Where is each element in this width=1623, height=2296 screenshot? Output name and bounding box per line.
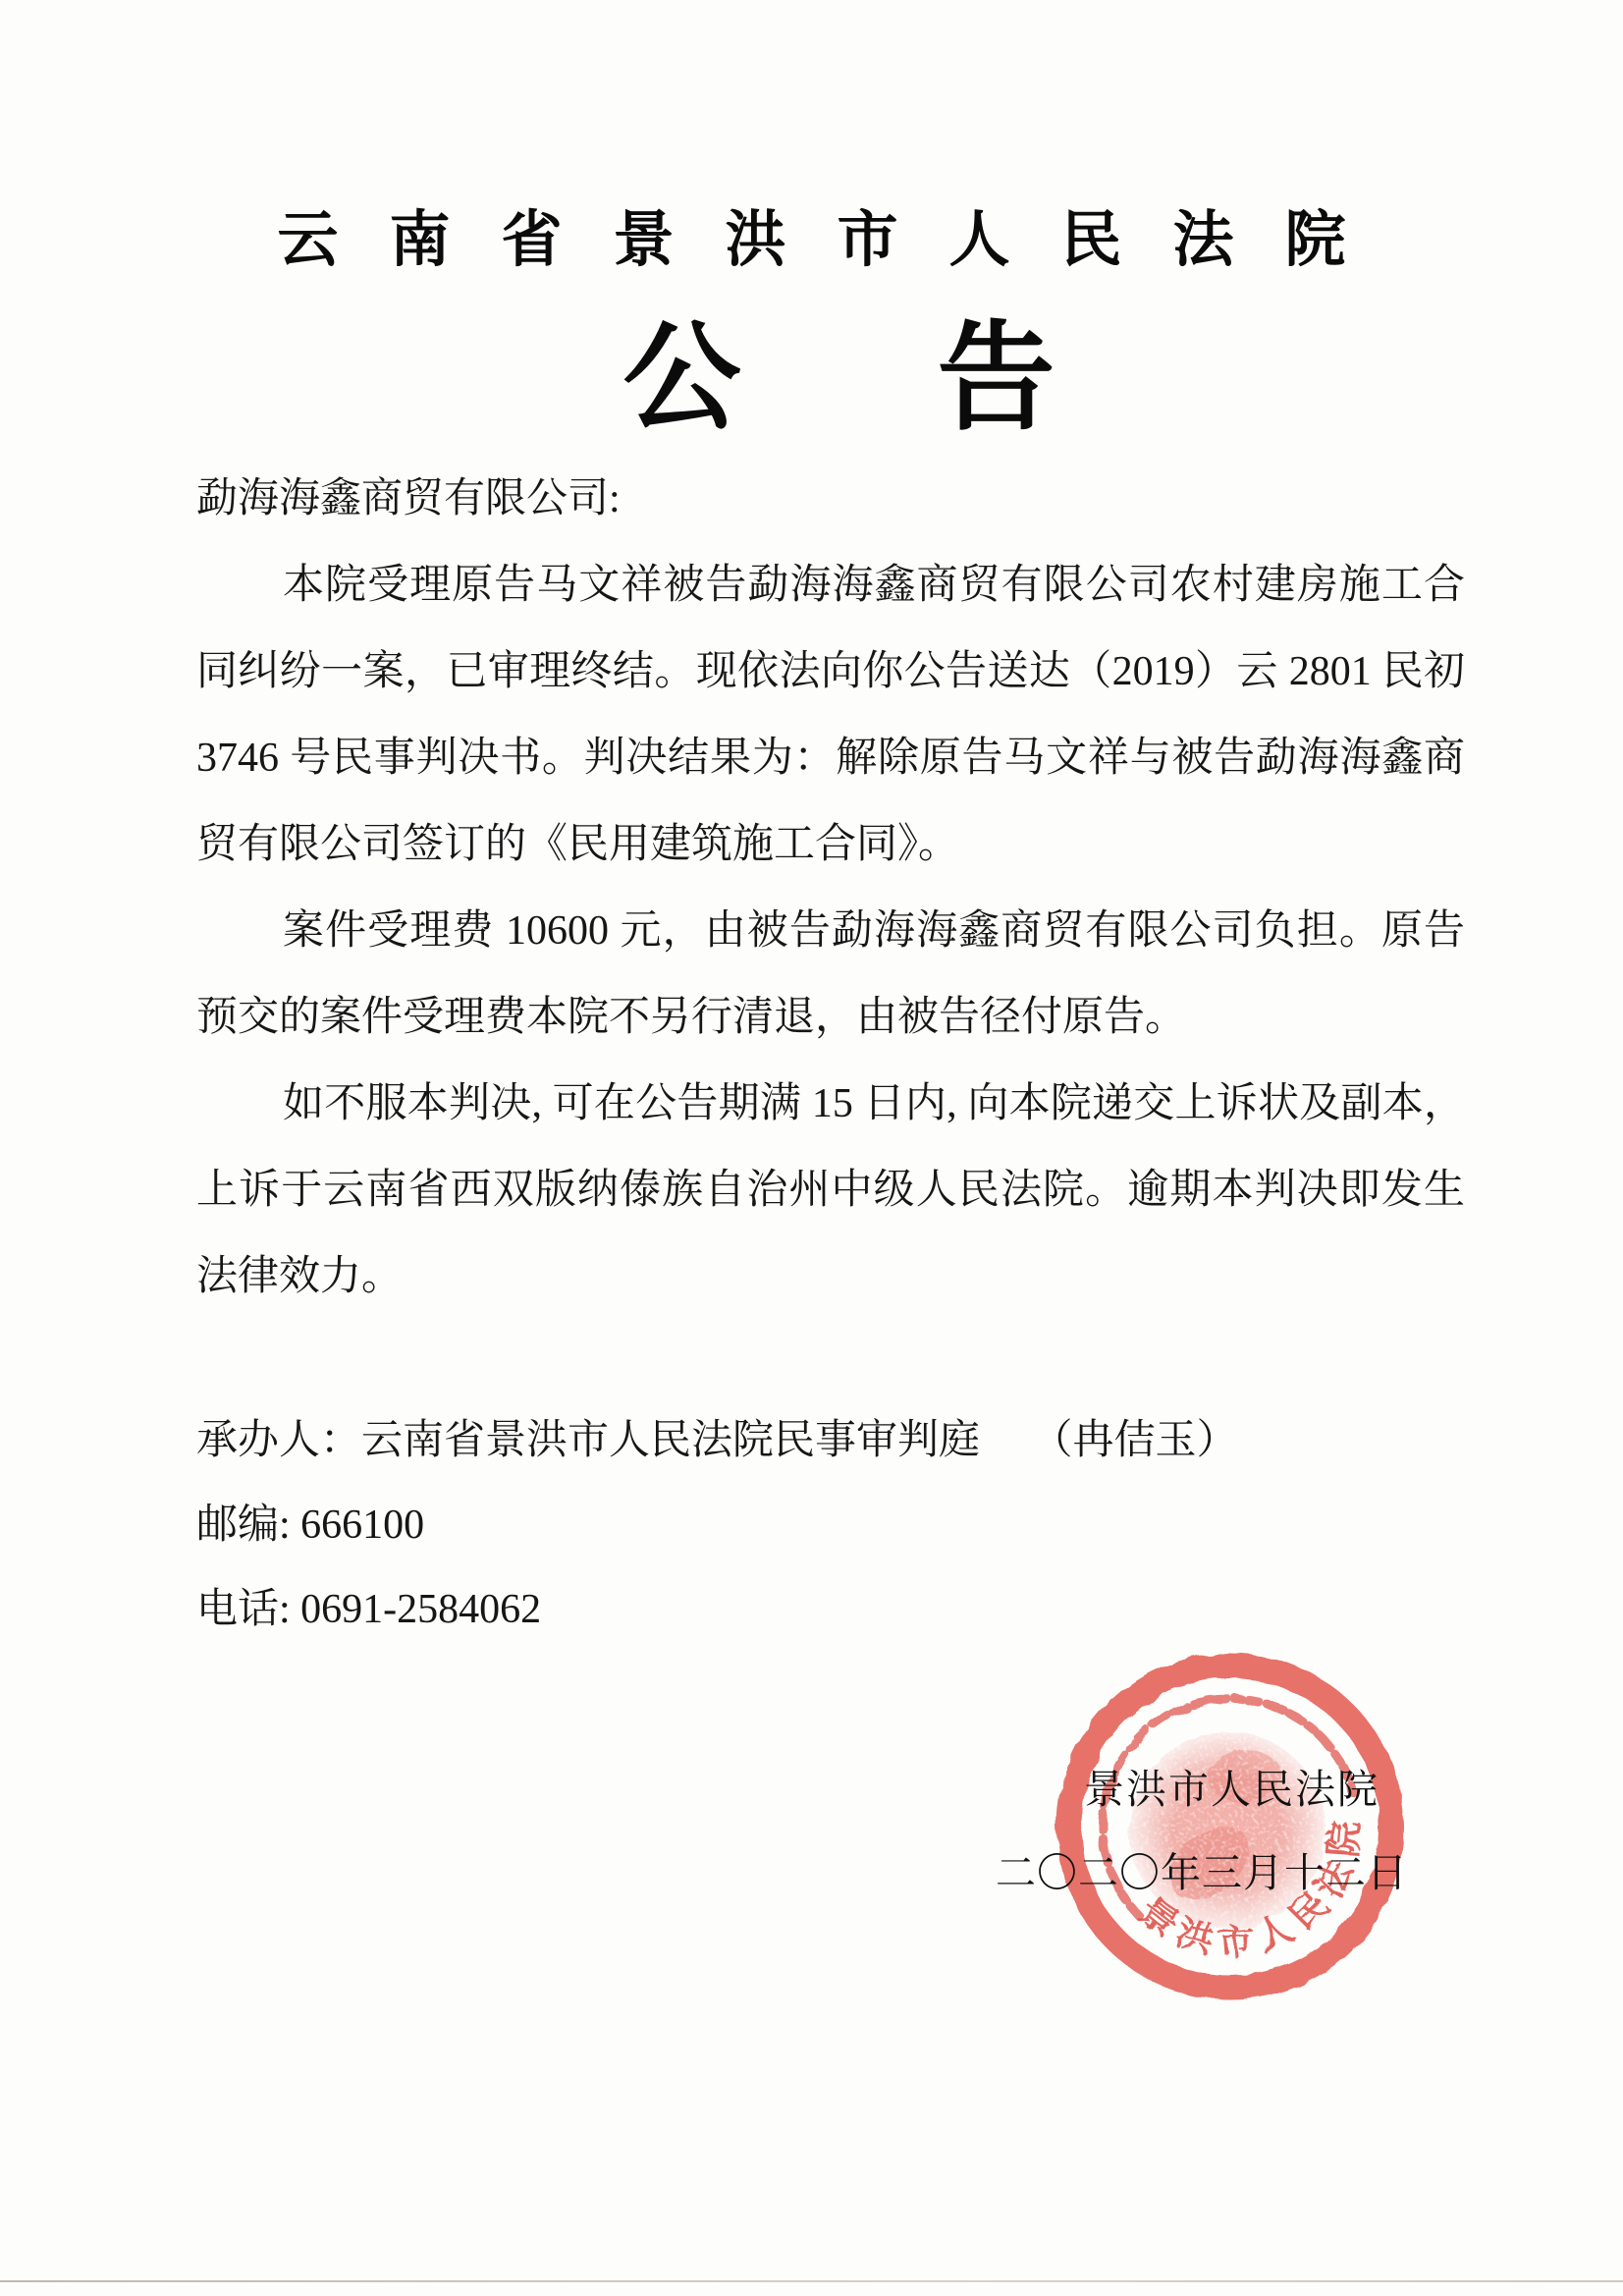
doc-title-char-2: 告 <box>938 320 1055 438</box>
body-line: 同纠纷一案，已审理终结。现依法向你公告送达（2019）云 2801 民初 <box>196 629 1465 715</box>
body-line: 法律效力。 <box>196 1233 1465 1320</box>
official-red-seal: 景洪市人民法院 <box>1044 1640 1417 2013</box>
body-line: 如不服本判决, 可在公告期满 15 日内, 向本院递交上诉状及副本， <box>196 1061 1465 1147</box>
body-line: 贸有限公司签订的《民用建筑施工合同》。 <box>196 801 1465 888</box>
body-line: 案件受理费 10600 元，由被告勐海海鑫商贸有限公司负担。原告 <box>196 888 1465 974</box>
scanned-court-announcement-page: 云南省景洪市人民法院 公 告 勐海海鑫商贸有限公司: 本院受理原告马文祥被告勐海… <box>0 0 1623 2296</box>
document-title: 公 告 <box>27 320 1623 438</box>
body-line: 预交的案件受理费本院不另行清退，由被告径付原告。 <box>196 974 1465 1061</box>
case-handler-line: 承办人：云南省景洪市人民法院民事审判庭 （冉佶玉） <box>196 1398 1465 1483</box>
postcode-line: 邮编: 666100 <box>196 1483 1465 1567</box>
court-seal-stamp-icon: 景洪市人民法院 <box>1044 1640 1417 2013</box>
signature-court-name: 景洪市人民法院 <box>1084 1757 1380 1815</box>
body-line: 3746 号民事判决书。判决结果为：解除原告马文祥与被告勐海海鑫商 <box>196 715 1465 801</box>
announcement-body: 勐海海鑫商贸有限公司: 本院受理原告马文祥被告勐海海鑫商贸有限公司农村建房施工合… <box>196 456 1465 1320</box>
contact-block: 承办人：云南省景洪市人民法院民事审判庭 （冉佶玉） 邮编: 666100 电话:… <box>196 1398 1465 1652</box>
court-name-text: 云南省景洪市人民法院 <box>226 207 1396 274</box>
doc-title-char-1: 公 <box>623 320 741 438</box>
page-title-court-name: 云南省景洪市人民法院 <box>0 191 1623 278</box>
signature-date: 二〇二〇年三月十二日 <box>996 1840 1408 1898</box>
recipient-line: 勐海海鑫商贸有限公司: <box>196 456 1465 542</box>
body-line: 上诉于云南省西双版纳傣族自治州中级人民法院。逾期本判决即发生 <box>196 1147 1465 1233</box>
scan-page-bottom-edge <box>0 2280 1623 2282</box>
body-line: 本院受理原告马文祥被告勐海海鑫商贸有限公司农村建房施工合 <box>196 542 1465 629</box>
